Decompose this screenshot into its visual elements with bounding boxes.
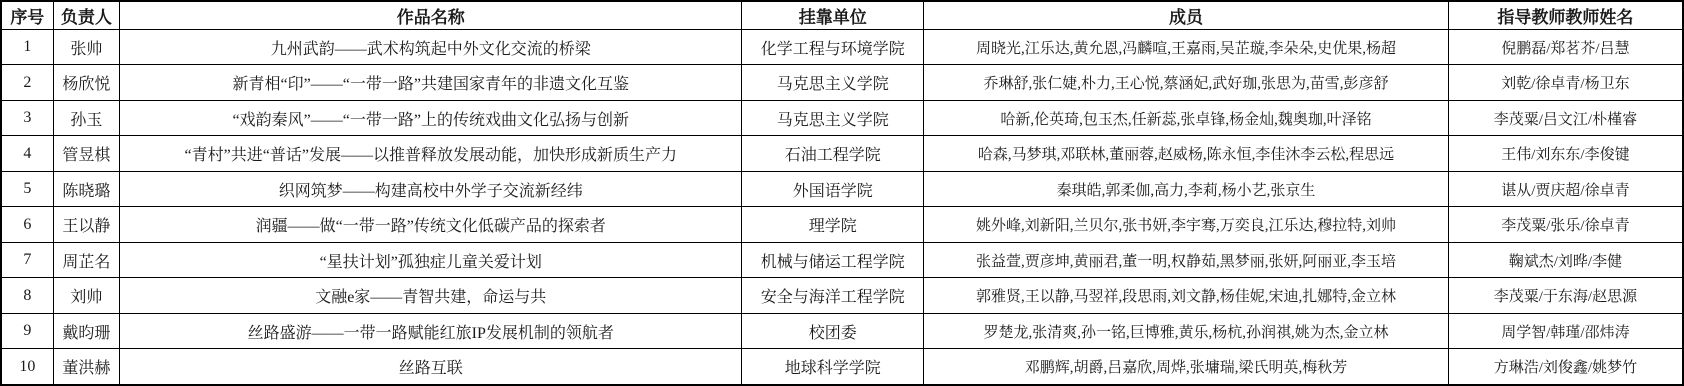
cell-unit[interactable]: 地球科学学院 xyxy=(742,349,924,385)
cell-index[interactable]: 7 xyxy=(1,242,53,277)
table-row: 5陈晓璐织网筑梦——构建高校中外学子交流新经纬外国语学院秦琪皓,郭柔伽,高力,李… xyxy=(1,171,1683,206)
cell-leader[interactable]: 张帅 xyxy=(53,30,119,65)
cell-title[interactable]: 丝路盛游——一带一路赋能红旅IP发展机制的领航者 xyxy=(120,313,742,348)
table-row: 8刘帅文融e家——青智共建，命运与共安全与海洋工程学院郭雅贤,王以静,马翌祥,段… xyxy=(1,278,1683,313)
column-header-leader: 负责人 xyxy=(53,1,119,30)
table-row: 10董洪赫丝路互联地球科学学院邓鹏辉,胡爵,吕嘉欣,周烨,张墉瑞,梁氏明英,梅秋… xyxy=(1,349,1683,385)
works-table: 序号负责人作品名称挂靠单位成员指导教师教师姓名 1张帅九州武韵——武术构筑起中外… xyxy=(0,0,1684,386)
table-row: 2杨欣悦新青相“印”——“一带一路”共建国家青年的非遗文化互鉴马克思主义学院乔琳… xyxy=(1,65,1683,100)
table-body: 1张帅九州武韵——武术构筑起中外文化交流的桥梁化学工程与环境学院周晓光,江乐达,… xyxy=(1,30,1683,386)
table-row: 6王以静润疆——做“一带一路”传统文化低碳产品的探索者理学院姚外峰,刘新阳,兰贝… xyxy=(1,207,1683,242)
cell-unit[interactable]: 石油工程学院 xyxy=(742,136,924,171)
column-header-teachers: 指导教师教师姓名 xyxy=(1448,1,1683,30)
column-header-index: 序号 xyxy=(1,1,53,30)
cell-unit[interactable]: 马克思主义学院 xyxy=(742,100,924,135)
cell-members[interactable]: 郭雅贤,王以静,马翌祥,段思雨,刘文静,杨佳妮,宋迪,扎娜特,金立林 xyxy=(924,278,1449,313)
cell-leader[interactable]: 王以静 xyxy=(53,207,119,242)
column-header-members: 成员 xyxy=(924,1,1449,30)
cell-title[interactable]: 丝路互联 xyxy=(120,349,742,385)
cell-unit[interactable]: 马克思主义学院 xyxy=(742,65,924,100)
cell-members[interactable]: 乔琳舒,张仁婕,朴力,王心悦,蔡涵妃,武好珈,张思为,苗雪,彭彦舒 xyxy=(924,65,1449,100)
cell-index[interactable]: 4 xyxy=(1,136,53,171)
cell-title[interactable]: 文融e家——青智共建，命运与共 xyxy=(120,278,742,313)
column-header-unit: 挂靠单位 xyxy=(742,1,924,30)
table-row: 3孙玉“戏韵秦风”——“一带一路”上的传统戏曲文化弘扬与创新马克思主义学院哈新,… xyxy=(1,100,1683,135)
cell-teachers[interactable]: 李茂粟/吕文江/朴槿睿 xyxy=(1448,100,1683,135)
cell-index[interactable]: 10 xyxy=(1,349,53,385)
cell-unit[interactable]: 理学院 xyxy=(742,207,924,242)
cell-leader[interactable]: 管昱棋 xyxy=(53,136,119,171)
cell-members[interactable]: 哈森,马梦琪,邓联林,董丽蓉,赵威杨,陈永恒,李佳沐李云松,程思远 xyxy=(924,136,1449,171)
cell-index[interactable]: 5 xyxy=(1,171,53,206)
cell-index[interactable]: 2 xyxy=(1,65,53,100)
cell-members[interactable]: 哈新,伦英琦,包玉杰,任新蕊,张卓锋,杨金灿,魏奥珈,叶泽铭 xyxy=(924,100,1449,135)
cell-teachers[interactable]: 王伟/刘东东/李俊键 xyxy=(1448,136,1683,171)
cell-leader[interactable]: 董洪赫 xyxy=(53,349,119,385)
cell-unit[interactable]: 机械与储运工程学院 xyxy=(742,242,924,277)
cell-members[interactable]: 秦琪皓,郭柔伽,高力,李莉,杨小艺,张京生 xyxy=(924,171,1449,206)
cell-title[interactable]: 润疆——做“一带一路”传统文化低碳产品的探索者 xyxy=(120,207,742,242)
table-row: 4管昱棋“青村”共进“普话”发展——以推普释放发展动能，加快形成新质生产力石油工… xyxy=(1,136,1683,171)
cell-leader[interactable]: 孙玉 xyxy=(53,100,119,135)
cell-members[interactable]: 姚外峰,刘新阳,兰贝尔,张书妍,李宇骞,万奕良,江乐达,穆拉特,刘帅 xyxy=(924,207,1449,242)
cell-teachers[interactable]: 谌从/贾庆超/徐卓青 xyxy=(1448,171,1683,206)
cell-members[interactable]: 罗楚龙,张清爽,孙一铭,巨博雅,黄乐,杨杭,孙润祺,姚为杰,金立林 xyxy=(924,313,1449,348)
cell-title[interactable]: “戏韵秦风”——“一带一路”上的传统戏曲文化弘扬与创新 xyxy=(120,100,742,135)
cell-members[interactable]: 邓鹏辉,胡爵,吕嘉欣,周烨,张墉瑞,梁氏明英,梅秋芳 xyxy=(924,349,1449,385)
cell-members[interactable]: 张益萱,贾彦坤,黄丽君,董一明,权静茹,黑梦丽,张妍,阿丽亚,李玉培 xyxy=(924,242,1449,277)
cell-leader[interactable]: 陈晓璐 xyxy=(53,171,119,206)
cell-teachers[interactable]: 周学智/韩瑾/邵炜涛 xyxy=(1448,313,1683,348)
cell-index[interactable]: 1 xyxy=(1,30,53,65)
cell-index[interactable]: 3 xyxy=(1,100,53,135)
cell-leader[interactable]: 周芷名 xyxy=(53,242,119,277)
column-header-title: 作品名称 xyxy=(120,1,742,30)
cell-title[interactable]: 织网筑梦——构建高校中外学子交流新经纬 xyxy=(120,171,742,206)
cell-unit[interactable]: 安全与海洋工程学院 xyxy=(742,278,924,313)
cell-title[interactable]: 九州武韵——武术构筑起中外文化交流的桥梁 xyxy=(120,30,742,65)
table-row: 1张帅九州武韵——武术构筑起中外文化交流的桥梁化学工程与环境学院周晓光,江乐达,… xyxy=(1,30,1683,65)
cell-teachers[interactable]: 李茂粟/张乐/徐卓青 xyxy=(1448,207,1683,242)
cell-index[interactable]: 8 xyxy=(1,278,53,313)
table-row: 7周芷名“星扶计划”孤独症儿童关爱计划机械与储运工程学院张益萱,贾彦坤,黄丽君,… xyxy=(1,242,1683,277)
cell-title[interactable]: 新青相“印”——“一带一路”共建国家青年的非遗文化互鉴 xyxy=(120,65,742,100)
spreadsheet-area: 序号负责人作品名称挂靠单位成员指导教师教师姓名 1张帅九州武韵——武术构筑起中外… xyxy=(0,0,1684,386)
cell-title[interactable]: “星扶计划”孤独症儿童关爱计划 xyxy=(120,242,742,277)
cell-unit[interactable]: 化学工程与环境学院 xyxy=(742,30,924,65)
cell-teachers[interactable]: 方琳浩/刘俊鑫/姚梦竹 xyxy=(1448,349,1683,385)
cell-leader[interactable]: 杨欣悦 xyxy=(53,65,119,100)
cell-unit[interactable]: 校团委 xyxy=(742,313,924,348)
cell-title[interactable]: “青村”共进“普话”发展——以推普释放发展动能，加快形成新质生产力 xyxy=(120,136,742,171)
cell-index[interactable]: 6 xyxy=(1,207,53,242)
cell-members[interactable]: 周晓光,江乐达,黄允恩,冯麟喧,王嘉雨,吴芷璇,李朵朵,史优果,杨超 xyxy=(924,30,1449,65)
header-row: 序号负责人作品名称挂靠单位成员指导教师教师姓名 xyxy=(1,1,1683,30)
cell-unit[interactable]: 外国语学院 xyxy=(742,171,924,206)
cell-teachers[interactable]: 鞠斌杰/刘晔/李健 xyxy=(1448,242,1683,277)
cell-index[interactable]: 9 xyxy=(1,313,53,348)
cell-teachers[interactable]: 李茂粟/于东海/赵思源 xyxy=(1448,278,1683,313)
cell-teachers[interactable]: 倪鹏磊/郑茗芥/吕慧 xyxy=(1448,30,1683,65)
cell-leader[interactable]: 戴昀珊 xyxy=(53,313,119,348)
cell-leader[interactable]: 刘帅 xyxy=(53,278,119,313)
table-row: 9戴昀珊丝路盛游——一带一路赋能红旅IP发展机制的领航者校团委罗楚龙,张清爽,孙… xyxy=(1,313,1683,348)
cell-teachers[interactable]: 刘乾/徐卓青/杨卫东 xyxy=(1448,65,1683,100)
